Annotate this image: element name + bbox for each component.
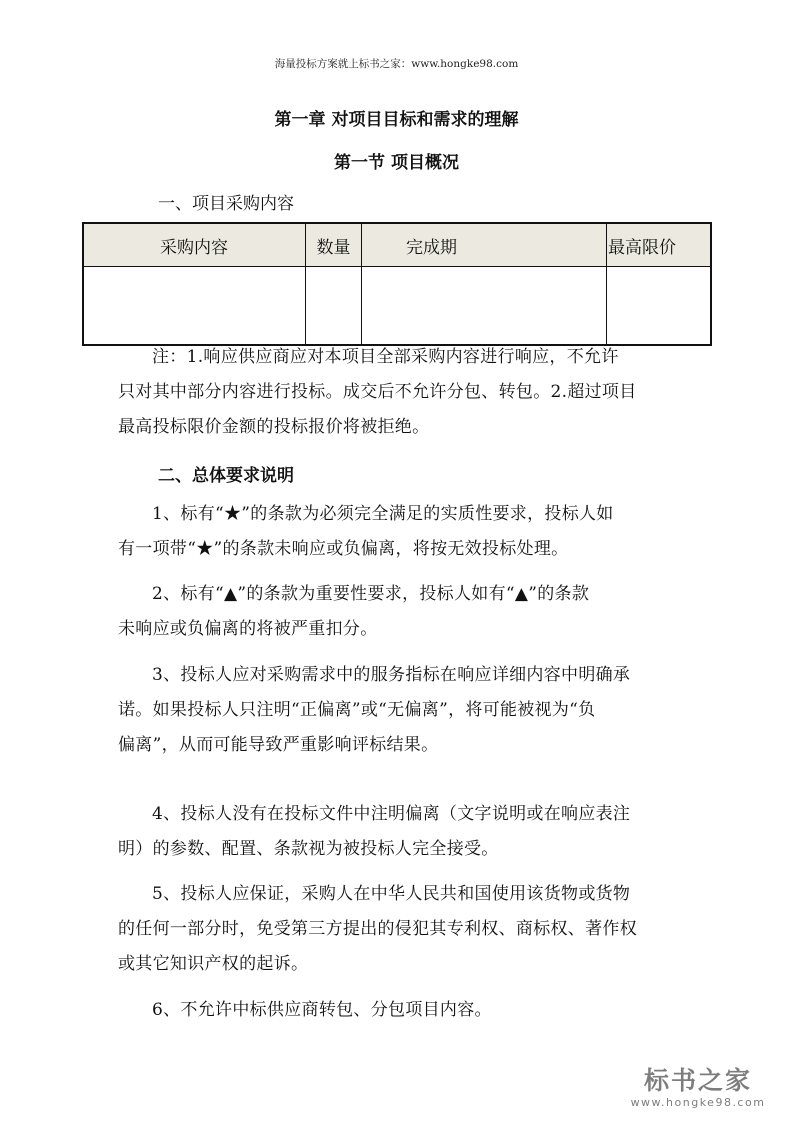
requirement-item-4: 4、投标人没有在投标文件中注明偏离（文字说明或在响应表注 明）的参数、配置、条款…	[118, 797, 678, 867]
requirement-item-6: 6、不允许中标供应商转包、分包项目内容。	[118, 993, 678, 1028]
procurement-table: 采购内容 数量 完成期 最高限价	[82, 222, 712, 346]
requirement-item-2: 2、标有“▲”的条款为重要性要求，投标人如有“▲”的条款 未响应或负偏离的将被严…	[118, 577, 678, 647]
header-promo-text: 海量投标方案就上标书之家：www.hongke98.com	[0, 56, 793, 71]
requirement-item-1: 1、标有“★”的条款为必须完全满足的实质性要求，投标人如 有一项带“★”的条款未…	[118, 497, 678, 567]
note-line: 只对其中部分内容进行投标。成交后不允许分包、转包。2.超过项目	[118, 375, 678, 410]
table-note-paragraph: 注：1.响应供应商应对本项目全部采购内容进行响应，不允许 只对其中部分内容进行投…	[118, 340, 678, 445]
table-row	[83, 267, 711, 346]
note-line: 最高投标限价金额的投标报价将被拒绝。	[118, 410, 678, 445]
procurement-content-heading: 一、项目采购内容	[158, 189, 294, 214]
chapter-title: 第一章 对项目目标和需求的理解	[0, 105, 793, 130]
column-header-quantity: 数量	[306, 223, 362, 267]
table-cell	[83, 267, 306, 346]
column-header-completion: 完成期	[362, 223, 607, 267]
watermark-logo: 标书之家 www.hongke98.com	[623, 1066, 773, 1110]
column-header-max-price: 最高限价	[607, 223, 712, 267]
section-title: 第一节 项目概况	[0, 148, 793, 173]
general-requirements-heading: 二、总体要求说明	[158, 461, 294, 486]
column-header-content: 采购内容	[83, 223, 306, 267]
requirement-item-3: 3、投标人应对采购需求中的服务指标在响应详细内容中明确承 诺。如果投标人只注明“…	[118, 658, 678, 763]
watermark-url: www.hongke98.com	[623, 1096, 773, 1110]
note-line: 注：1.响应供应商应对本项目全部采购内容进行响应，不允许	[118, 340, 678, 375]
table-cell	[306, 267, 362, 346]
watermark-title: 标书之家	[623, 1066, 773, 1096]
table-cell	[362, 267, 607, 346]
requirement-item-5: 5、投标人应保证，采购人在中华人民共和国使用该货物或货物 的任何一部分时，免受第…	[118, 877, 678, 982]
table-cell	[607, 267, 712, 346]
table-header-row: 采购内容 数量 完成期 最高限价	[83, 223, 711, 267]
